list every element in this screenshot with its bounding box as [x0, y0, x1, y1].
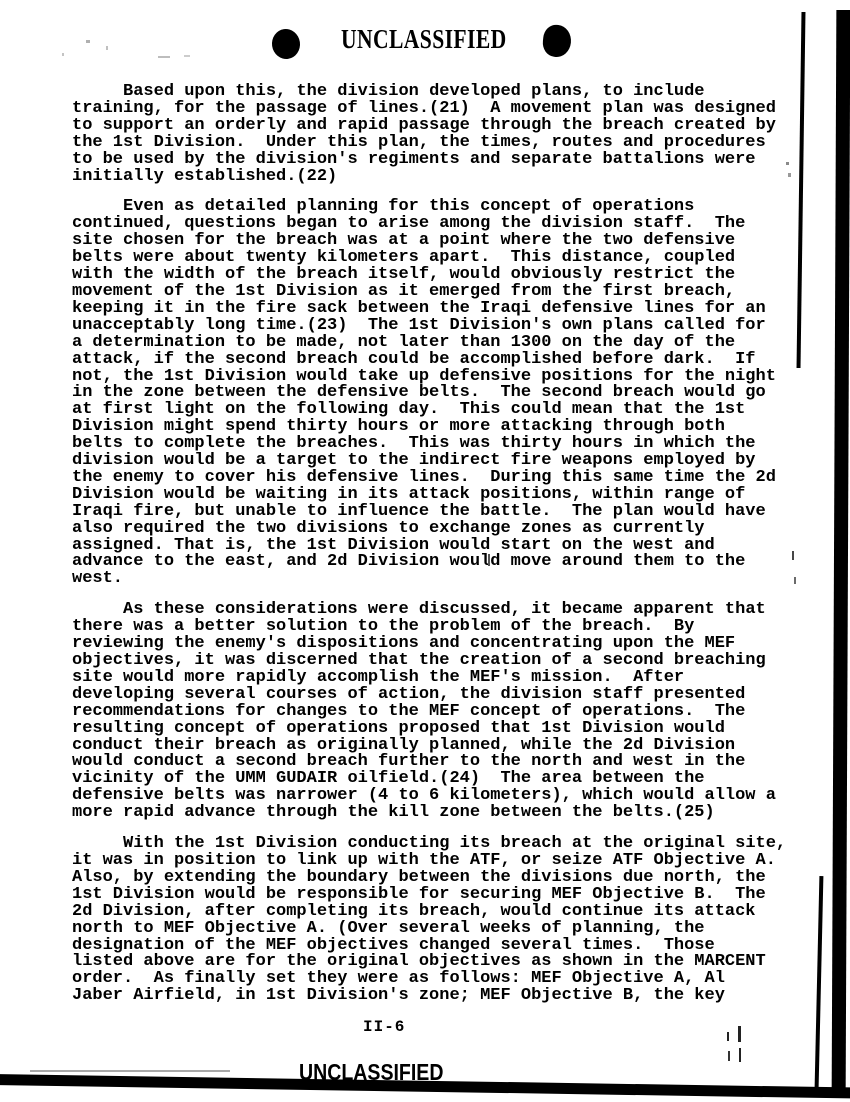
document-page: UNCLASSIFIED Based upon this, the divisi… — [0, 0, 850, 1102]
classification-banner-top: UNCLASSIFIED — [341, 24, 507, 55]
scan-speckle — [792, 551, 794, 560]
scan-speckle — [786, 162, 789, 165]
paragraph: Based upon this, the division developed … — [72, 84, 804, 185]
scan-speckle — [158, 56, 170, 58]
scan-speckle — [184, 55, 190, 57]
black-oval-mark-icon — [541, 24, 572, 59]
scan-speckle — [62, 53, 64, 56]
scan-speckle — [788, 173, 791, 177]
paragraph: As these considerations were discussed, … — [72, 602, 804, 822]
scan-speckle — [794, 577, 796, 584]
scan-speckle — [728, 1051, 730, 1061]
scan-speckle — [86, 40, 90, 43]
scan-speckle — [727, 1032, 729, 1041]
scan-speckle — [738, 1026, 741, 1042]
black-oval-mark-icon — [270, 27, 302, 61]
scan-speckle — [739, 1048, 741, 1062]
scan-speckle — [488, 554, 490, 566]
paragraph: Even as detailed planning for this conce… — [72, 199, 804, 588]
paragraph: With the 1st Division conducting its bre… — [72, 836, 804, 1005]
scan-speckle — [30, 1070, 230, 1072]
scan-artifact-line-bottom-right — [815, 876, 824, 1088]
document-body: Based upon this, the division developed … — [72, 84, 804, 1019]
page-number: II-6 — [363, 1018, 405, 1036]
scan-speckle — [106, 46, 108, 50]
scan-edge-bar-right — [832, 10, 850, 1096]
